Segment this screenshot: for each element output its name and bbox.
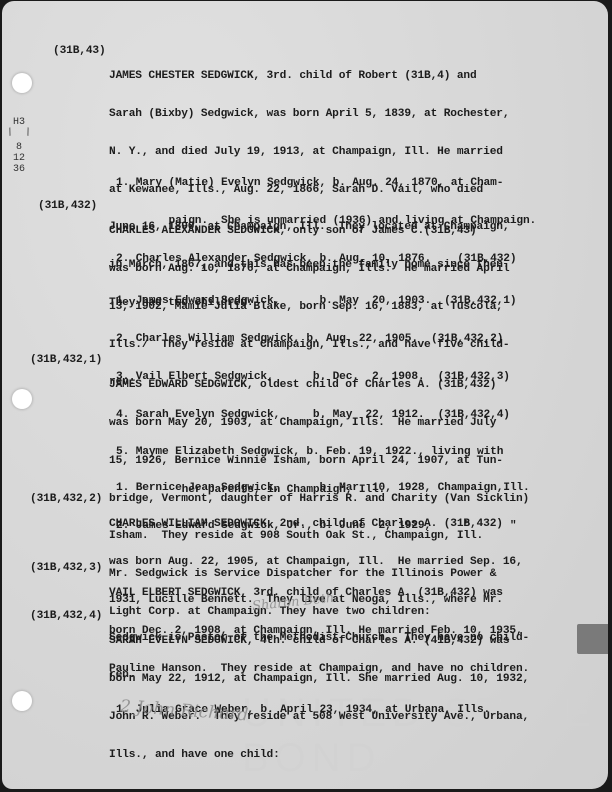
margin-note-number: 36 [8,164,30,175]
entry-line: SARAH EVELYN SEDGWICK, 4th. child of Cha… [109,635,529,648]
entry-line: was born May 20, 1903, at Champaign, Ill… [109,417,529,430]
entry-line: JAMES EDWARD SEDGWICK, oldest child of C… [109,379,529,392]
entry-ref: (31B,432,2) [30,493,102,506]
entry-line: Ills., and have one child: [109,749,529,762]
margin-note-marks: / \ [8,128,30,142]
punch-hole-bottom [12,691,32,711]
document-page: UNITED STATE BOND H3 / \ 8 12 36 (31B,43… [2,1,608,789]
entry-line: CHARLES WILLIAM SEDGWICK, 2nd. child of … [109,518,529,531]
child-item: 2. Charles William Sedgwick, b. Aug. 22,… [116,333,516,346]
entry-line: Sarah (Bixby) Sedgwick, was born April 5… [109,108,509,121]
index-tab [577,624,608,654]
entry-line: CHARLES ALEXANDER SEDGWICK, only son of … [109,225,509,238]
child-item: 1. James Edward Sedgwick, b. May 20, 190… [116,295,516,308]
margin-note: H3 / \ 8 12 36 [8,117,30,175]
margin-note-number: 8 [8,142,30,153]
entry-ref: (31B,432,4) [30,610,102,623]
child-item: 1. Mary (Matie) Evelyn Sedgwick, b. Aug.… [116,177,536,190]
punch-hole-middle [12,389,32,409]
margin-note-number: 12 [8,153,30,164]
entry-ref: (31B,432,3) [30,562,102,575]
entry-ref: (31B,432) [38,200,97,213]
entry-ref: (31B,432,1) [30,354,102,367]
entry-ref: (31B,43) [53,45,106,58]
punch-hole-top [12,73,32,93]
entry-line: JAMES CHESTER SEDGWICK, 3rd. child of Ro… [109,70,509,83]
